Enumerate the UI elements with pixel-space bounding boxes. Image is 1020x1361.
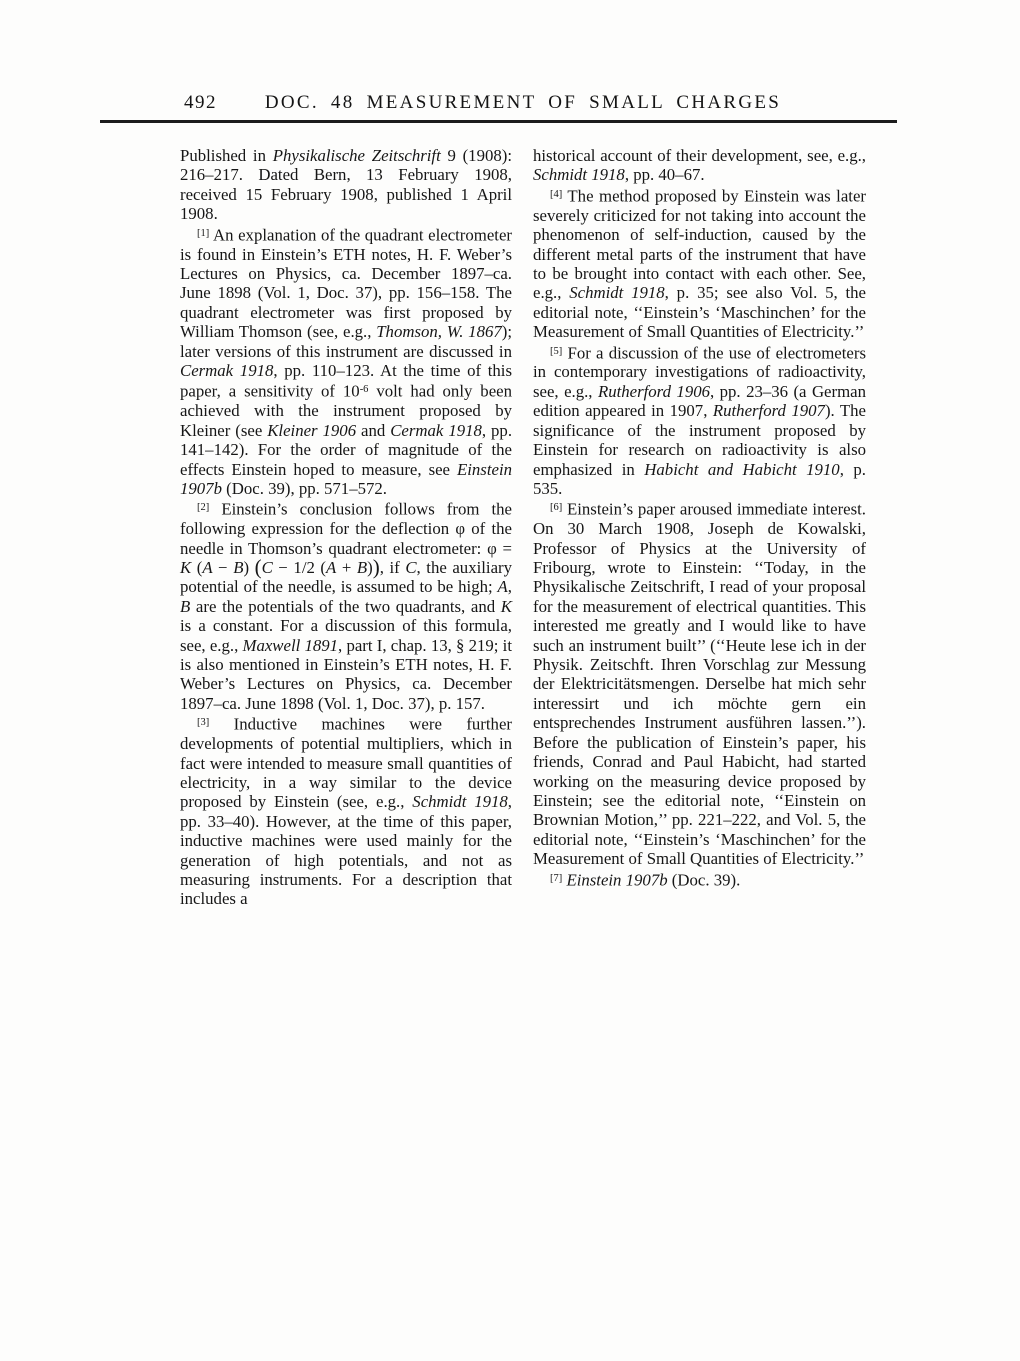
footnote-7: [7] Einstein 1907b (Doc. 39).	[533, 869, 866, 890]
page-header: 492 DOC. 48 MEASUREMENT OF SMALL CHARGES	[180, 92, 866, 118]
header-rule	[100, 120, 897, 123]
footnote-5: [5] For a discussion of the use of elect…	[533, 342, 866, 499]
book-page: 492 DOC. 48 MEASUREMENT OF SMALL CHARGES…	[0, 0, 1020, 1361]
publication-info-paragraph: Published in Physikalische Zeitschrift 9…	[180, 146, 512, 224]
footnote-3-continuation: historical account of their development,…	[533, 146, 866, 185]
column-left: Published in Physikalische Zeitschrift 9…	[180, 146, 512, 909]
footnote-1: [1] An explanation of the quadrant elect…	[180, 224, 512, 499]
footnote-6: [6] Einstein’s paper aroused immediate i…	[533, 498, 866, 868]
footnote-2: [2] Einstein’s conclusion follows from t…	[180, 498, 512, 713]
column-right: historical account of their development,…	[533, 146, 866, 909]
footnote-3: [3] Inductive machines were further deve…	[180, 713, 512, 909]
footnote-4: [4] The method proposed by Einstein was …	[533, 185, 866, 342]
text-columns: Published in Physikalische Zeitschrift 9…	[180, 146, 866, 909]
running-title: DOC. 48 MEASUREMENT OF SMALL CHARGES	[180, 92, 866, 114]
